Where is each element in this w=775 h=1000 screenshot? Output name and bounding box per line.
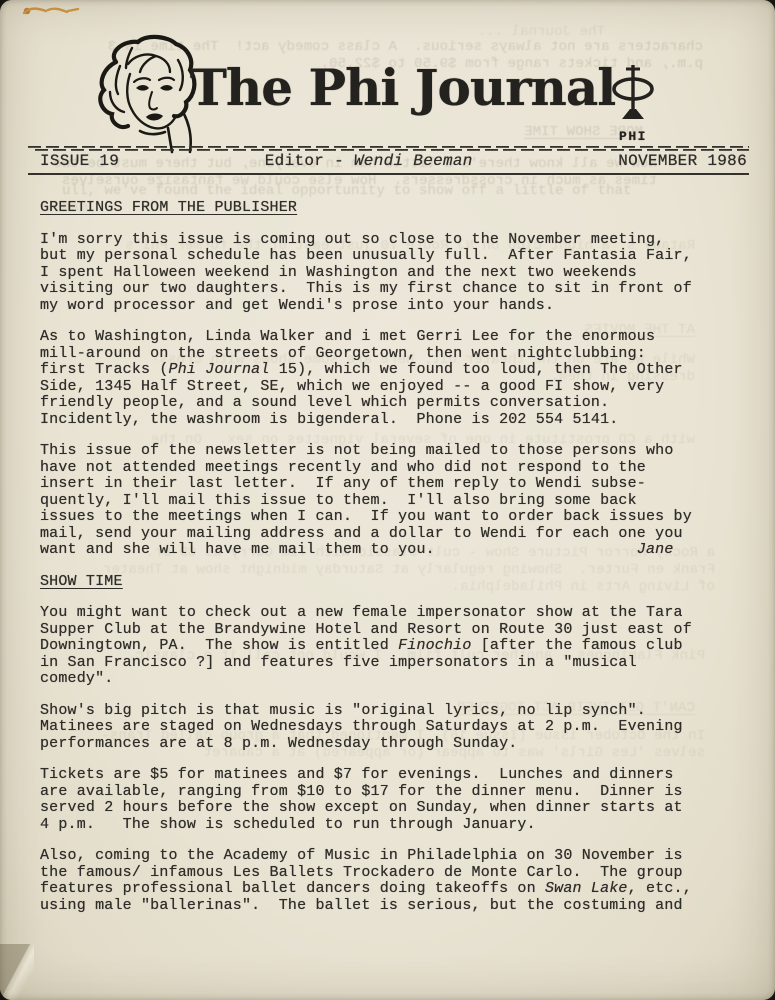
newsletter-body: GREETINGS FROM THE PUBLISHERI'm sorry th… [40, 200, 739, 929]
newsletter-section: GREETINGS FROM THE PUBLISHERI'm sorry th… [40, 200, 739, 559]
bleedthrough-text: ull, we've found the ideal opportunity t… [62, 183, 632, 199]
editor-name: Wendi Beeman [354, 152, 473, 170]
text-segment: I'm sorry this issue is coming out so cl… [40, 231, 692, 314]
section-heading: GREETINGS FROM THE PUBLISHER [40, 200, 739, 217]
section-heading: SHOW TIME [40, 574, 739, 591]
phi-symbol-icon [611, 62, 655, 124]
phi-label: PHI [604, 129, 662, 144]
page-corner-fold [0, 944, 34, 1000]
newsletter-page: The Journal ...characters are not always… [0, 0, 775, 1000]
issue-row: ISSUE 19 Editor - Wendi Beeman NOVEMBER … [28, 152, 749, 175]
newsletter-section: SHOW TIMEYou might want to check out a n… [40, 574, 739, 915]
bleedthrough-text: The Journal ... [477, 24, 605, 40]
text-segment: Swan Lake [545, 880, 628, 897]
editor-prefix: Editor - [265, 152, 354, 170]
editor-credit: Editor - Wendi Beeman [265, 152, 473, 170]
text-segment: Phi Journal [169, 361, 270, 378]
ink-stain [20, 2, 84, 22]
text-segment: This issue of the newsletter is not bein… [40, 442, 692, 558]
phi-emblem: PHI [604, 62, 662, 144]
body-paragraph: I'm sorry this issue is coming out so cl… [40, 232, 739, 315]
text-segment: Finochio [398, 637, 471, 654]
body-paragraph: Show's big pitch is that music is "origi… [40, 703, 739, 753]
body-paragraph: Also, coming to the Academy of Music in … [40, 848, 739, 914]
body-paragraph: Tickets are $5 for matinees and $7 for e… [40, 767, 739, 833]
bleedthrough-text: times as much in crossdressers. How else… [62, 173, 657, 189]
newsletter-title: The Phi Journal [160, 58, 645, 117]
body-paragraph: You might want to check out a new female… [40, 605, 739, 688]
dashed-rule [28, 146, 749, 151]
body-paragraph: This issue of the newsletter is not bein… [40, 443, 739, 559]
text-segment: Tickets are $5 for matinees and $7 for e… [40, 766, 683, 833]
text-segment: Jane [637, 541, 674, 558]
issue-date: NOVEMBER 1986 [618, 152, 747, 170]
text-segment: Show's big pitch is that music is "origi… [40, 702, 683, 752]
body-paragraph: As to Washington, Linda Walker and i met… [40, 329, 739, 428]
issue-number: ISSUE 19 [40, 152, 119, 170]
